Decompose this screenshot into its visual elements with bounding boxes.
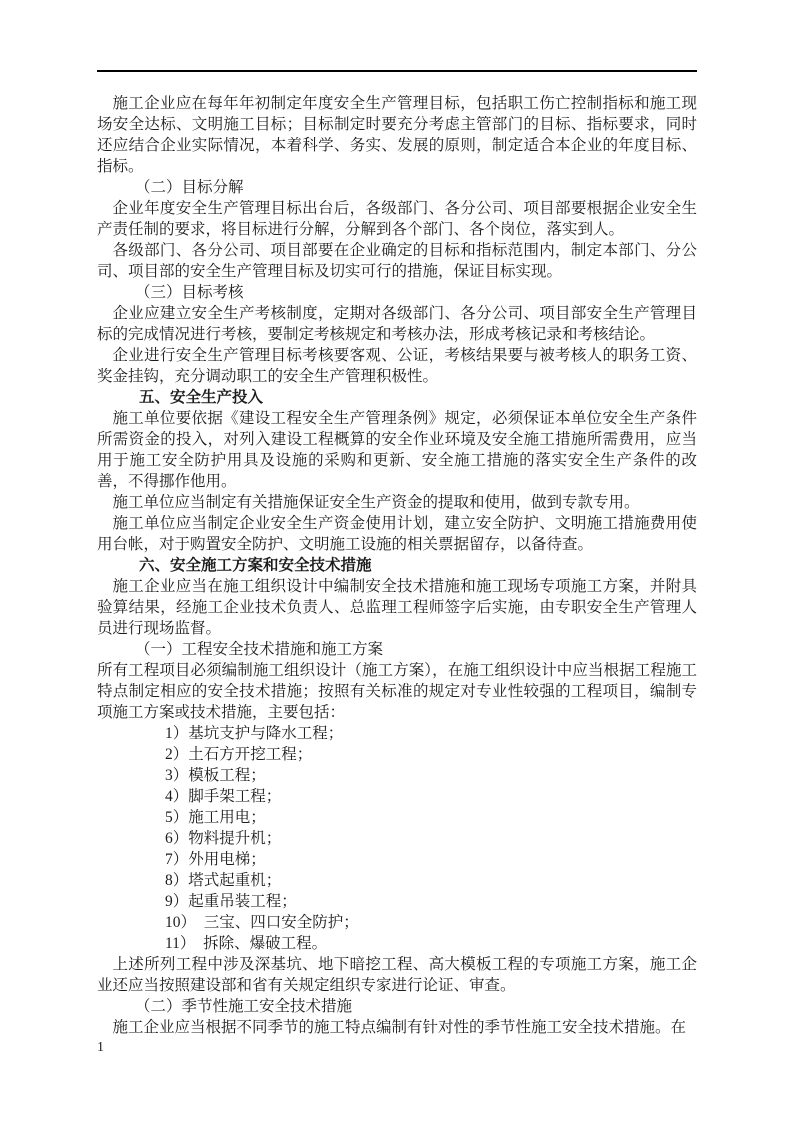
list-item: 9）起重吊装工程； bbox=[97, 891, 697, 912]
list-item: 5）施工用电； bbox=[97, 807, 697, 828]
paragraph: 施工企业应当根据不同季节的施工特点编制有针对性的季节性施工安全技术措施。在 bbox=[97, 1017, 697, 1038]
sub-heading: （二）目标分解 bbox=[97, 177, 697, 198]
paragraph: 施工单位应当制定有关措施保证安全生产资金的提取和使用，做到专款专用。 bbox=[97, 492, 697, 513]
section-heading: 六、安全施工方案和安全技术措施 bbox=[97, 555, 697, 576]
paragraph: 施工单位应当制定企业安全生产资金使用计划，建立安全防护、文明施工措施费用使用台帐… bbox=[97, 513, 697, 555]
list-item: 8）塔式起重机； bbox=[97, 870, 697, 891]
list-item: 2）土石方开挖工程； bbox=[97, 744, 697, 765]
list-item: 3）模板工程； bbox=[97, 765, 697, 786]
list-item: 10） 三宝、四口安全防护； bbox=[97, 912, 697, 933]
section-heading: 五、安全生产投入 bbox=[97, 387, 697, 408]
paragraph: 施工企业应在每年年初制定年度安全生产管理目标，包括职工伤亡控制指标和施工现场安全… bbox=[97, 93, 697, 177]
paragraph: 所有工程项目必须编制施工组织设计（施工方案），在施工组织设计中应当根据工程施工特… bbox=[97, 660, 697, 723]
paragraph: 企业应建立安全生产考核制度，定期对各级部门、各分公司、项目部安全生产管理目标的完… bbox=[97, 303, 697, 345]
paragraph: 施工企业应当在施工组织设计中编制安全技术措施和施工现场专项施工方案，并附具验算结… bbox=[97, 576, 697, 639]
sub-heading: （一）工程安全技术措施和施工方案 bbox=[97, 639, 697, 660]
paragraph: 企业年度安全生产管理目标出台后，各级部门、各分公司、项目部要根据企业安全生产责任… bbox=[97, 198, 697, 240]
paragraph: 施工单位要依据《建设工程安全生产管理条例》规定，必须保证本单位安全生产条件所需资… bbox=[97, 408, 697, 492]
list-item: 1）基坑支护与降水工程； bbox=[97, 723, 697, 744]
paragraph: 上述所列工程中涉及深基坑、地下暗挖工程、高大模板工程的专项施工方案，施工企业还应… bbox=[97, 954, 697, 996]
paragraph: 各级部门、各分公司、项目部要在企业确定的目标和指标范围内，制定本部门、分公司、项… bbox=[97, 240, 697, 282]
document-page: 施工企业应在每年年初制定年度安全生产管理目标，包括职工伤亡控制指标和施工现场安全… bbox=[0, 0, 793, 1122]
paragraph: 企业进行安全生产管理目标考核要客观、公证，考核结果要与被考核人的职务工资、奖金挂… bbox=[97, 345, 697, 387]
list-item: 4）脚手架工程； bbox=[97, 786, 697, 807]
header-rule bbox=[97, 70, 697, 72]
list-item: 7）外用电梯； bbox=[97, 849, 697, 870]
list-item: 6）物料提升机； bbox=[97, 828, 697, 849]
document-body: 施工企业应在每年年初制定年度安全生产管理目标，包括职工伤亡控制指标和施工现场安全… bbox=[97, 93, 697, 1038]
list-item: 11） 拆除、爆破工程。 bbox=[97, 933, 697, 954]
sub-heading: （二）季节性施工安全技术措施 bbox=[97, 996, 697, 1017]
page-number: 1 bbox=[97, 1039, 104, 1057]
sub-heading: （三）目标考核 bbox=[97, 282, 697, 303]
